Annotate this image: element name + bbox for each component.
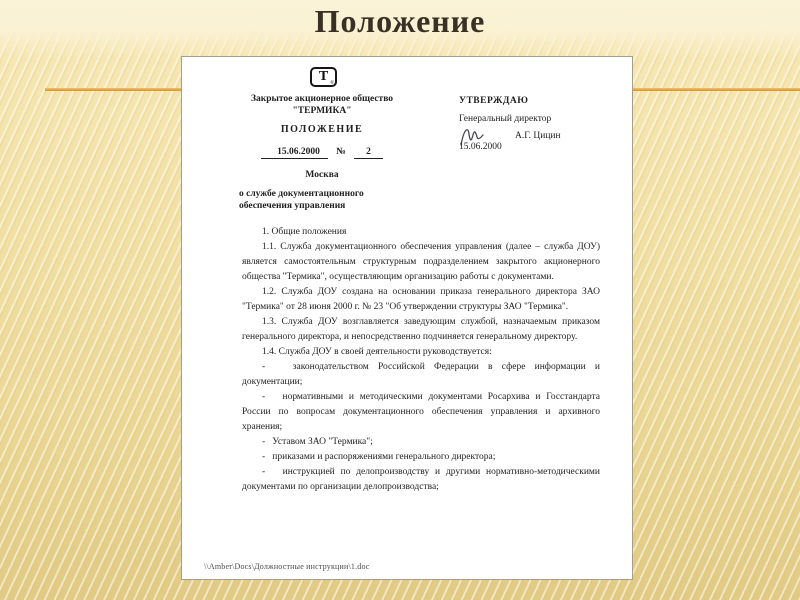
approver-title: Генеральный директор xyxy=(459,113,611,125)
approval-label: УТВЕРЖДАЮ xyxy=(459,95,611,107)
doc-body: 1. Общие положения 1.1. Служба документа… xyxy=(242,225,600,495)
bullet-item-2: - нормативными и методическими документа… xyxy=(242,390,600,435)
approval-block: УТВЕРЖДАЮ Генеральный директор А.Г. Цици… xyxy=(459,95,611,153)
registered-trademark-icon: ® xyxy=(330,81,334,86)
org-name-line2: "ТЕРМИКА" xyxy=(202,106,442,118)
section-heading: 1. Общие положения xyxy=(242,225,600,240)
doc-number-sign: № xyxy=(336,147,346,157)
footer-file-path: \\Amber\Docs\Должностные инструкции\1.do… xyxy=(204,562,369,571)
doc-date-number-row: 15.06.2000 № 2 xyxy=(202,147,442,157)
paragraph-1-3: 1.3. Служба ДОУ возглавляется заведующим… xyxy=(242,315,600,345)
slide-title: Положение xyxy=(0,3,800,40)
bullet-item-5: - инструкцией по делопроизводству и друг… xyxy=(242,465,600,495)
city-label: Москва xyxy=(202,170,442,180)
doc-number: 2 xyxy=(354,147,383,159)
paragraph-1-2: 1.2. Служба ДОУ создана на основании при… xyxy=(242,285,600,315)
doc-type-label: ПОЛОЖЕНИЕ xyxy=(202,124,442,135)
slide-background: Положение Т ® Закрытое акционерное общес… xyxy=(0,0,800,600)
doc-date: 15.06.2000 xyxy=(261,147,328,159)
document-page: Т ® Закрытое акционерное общество "ТЕРМИ… xyxy=(181,56,633,580)
logo-letter: Т xyxy=(319,70,328,84)
org-name-line1: Закрытое акционерное общество xyxy=(202,94,442,106)
paragraph-1-4: 1.4. Служба ДОУ в своей деятельности рук… xyxy=(242,345,600,360)
doc-subject-line2: обеспечения управления xyxy=(239,200,414,212)
company-logo: Т ® xyxy=(310,67,337,87)
paragraph-1-1: 1.1. Служба документационного обеспечени… xyxy=(242,240,600,285)
bullet-item-1: - законодательством Российской Федерации… xyxy=(242,360,600,390)
bullet-item-3: - Уставом ЗАО "Термика"; xyxy=(242,435,600,450)
approver-name: А.Г. Цицин xyxy=(515,130,561,142)
approval-date: 15.06.2000 xyxy=(459,141,611,153)
doc-subject: о службе документационного обеспечения у… xyxy=(239,188,414,212)
bullet-item-4: - приказами и распоряжениями генеральног… xyxy=(242,450,600,465)
doc-subject-line1: о службе документационного xyxy=(239,188,414,200)
org-name: Закрытое акционерное общество "ТЕРМИКА" xyxy=(202,94,442,117)
